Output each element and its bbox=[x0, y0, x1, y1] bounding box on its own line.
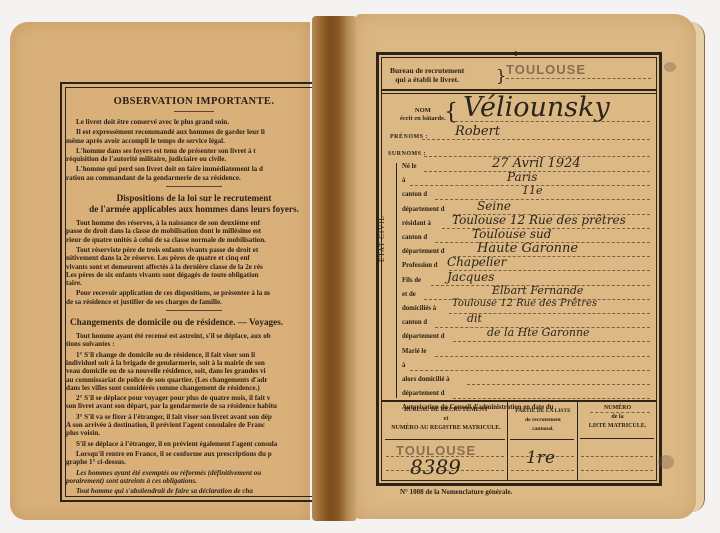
booklet-spine bbox=[312, 16, 357, 521]
field-label: canton d bbox=[402, 191, 427, 198]
prenoms-value: Robert bbox=[455, 124, 500, 139]
paragraph: Pour recevoir application de ces disposi… bbox=[66, 289, 322, 306]
paragraph: Lorsqu'il rentre en France, il se confor… bbox=[66, 450, 322, 467]
rule bbox=[511, 470, 574, 471]
paragraph: Tout homme des réserves, à la naissance … bbox=[66, 219, 322, 244]
field-label: Profession d bbox=[402, 262, 438, 269]
section2-paragraphs: Tout homme ayant été recensé est astrein… bbox=[66, 332, 322, 466]
rule bbox=[422, 139, 650, 140]
observation-title: OBSERVATION IMPORTANTE. bbox=[66, 96, 322, 107]
paragraph: L'homme qui perd son livret doit en fair… bbox=[66, 165, 322, 182]
nom-value: Véliounsky bbox=[463, 92, 610, 123]
bureau-label: Bureau de recrutement qui a établi le li… bbox=[390, 66, 464, 84]
table-header-divider bbox=[385, 439, 505, 440]
table-top-border bbox=[381, 400, 657, 402]
paragraph: Tout réserviste père de trois enfants vi… bbox=[66, 246, 322, 287]
paragraph: 3° S'il va se fixer à l'étranger, il fai… bbox=[66, 413, 322, 438]
table-col-divider bbox=[507, 402, 508, 481]
field-label: canton d bbox=[402, 234, 427, 241]
divider bbox=[166, 186, 222, 187]
etat-civil-bracket bbox=[396, 163, 397, 398]
field-label: département d bbox=[402, 248, 444, 255]
field-value: 27 Avril 1924 bbox=[492, 156, 581, 171]
paragraph: S'il se déplace à l'étranger, il en prév… bbox=[66, 440, 322, 448]
page-mark: 1 bbox=[514, 50, 518, 58]
field-label: à bbox=[402, 177, 405, 184]
table-header-partie: PARTIE DE LA LISTE de recrutement canton… bbox=[509, 407, 577, 434]
field-label: domiciliés à bbox=[402, 305, 436, 312]
matricule-number: 8389 bbox=[410, 455, 461, 479]
field-value: Haute Garonne bbox=[477, 241, 578, 256]
field-value: de la Hte Garonne bbox=[487, 326, 590, 339]
table-header-numero: NUMÉRO de la LISTE MATRICULE. bbox=[579, 404, 656, 431]
section1-title: Dispositions de la loi sur le recrutemen… bbox=[66, 193, 322, 215]
bureau-stamp: TOULOUSE bbox=[506, 62, 586, 77]
field-value: Toulouse sud bbox=[472, 227, 551, 241]
paragraph: 1° S'il change de domicile ou de résiden… bbox=[66, 351, 322, 392]
header-divider bbox=[381, 89, 657, 91]
section1-paragraphs: Tout homme des réserves, à la naissance … bbox=[66, 219, 322, 306]
field-value: Elbart Fernande bbox=[492, 284, 583, 297]
rule bbox=[506, 78, 651, 79]
field-label: département d bbox=[402, 333, 444, 340]
table-header-divider bbox=[510, 439, 574, 440]
field-rule bbox=[410, 370, 650, 371]
field-label: et de bbox=[402, 291, 416, 298]
paragraph: L'homme dans ses foyers est tenu de prés… bbox=[66, 147, 322, 164]
field-label: canton d bbox=[402, 319, 427, 326]
italic-notes: Les hommes ayant été exemptés ou réformé… bbox=[66, 469, 322, 497]
field-rule bbox=[435, 356, 650, 357]
paragraph: Il est expressément recommandé aux homme… bbox=[66, 128, 322, 145]
divider bbox=[174, 111, 214, 112]
field-value: Toulouse 12 Rue des Prêtres bbox=[452, 298, 597, 309]
field-label: Marié le bbox=[402, 348, 426, 355]
left-page-text: OBSERVATION IMPORTANTE. Le livret doit ê… bbox=[66, 88, 322, 496]
field-label: Fils de bbox=[402, 277, 421, 284]
field-label: alors domicilié à bbox=[402, 376, 450, 383]
field-label: résidant à bbox=[402, 220, 431, 227]
table-header-bureau: BUREAU DE RECRUTEMENT et NUMÉRO AU REGIS… bbox=[386, 406, 506, 433]
rule bbox=[455, 121, 650, 122]
field-value: 11e bbox=[522, 184, 543, 197]
field-value: Chapelier bbox=[447, 255, 506, 269]
field-value: Toulouse 12 Rue des prêtres bbox=[452, 213, 626, 227]
table-col-divider bbox=[577, 402, 578, 481]
field-value: Paris bbox=[507, 170, 537, 184]
field-label: à bbox=[402, 362, 405, 369]
field-label: département d bbox=[402, 206, 444, 213]
divider bbox=[166, 310, 222, 311]
field-label: Né le bbox=[402, 163, 417, 170]
field-label: département d bbox=[402, 390, 444, 397]
rule bbox=[581, 456, 653, 457]
field-rule bbox=[453, 341, 650, 342]
nom-label: NOM écrit en bâtarde. bbox=[400, 107, 446, 123]
italic-note: Les hommes ayant été exemptés ou réformé… bbox=[66, 469, 322, 486]
table-header-divider bbox=[580, 438, 654, 439]
paragraph: Tout homme ayant été recensé est astrein… bbox=[66, 332, 322, 349]
field-rule bbox=[467, 384, 650, 385]
surnoms-label: SURNOMS : bbox=[388, 151, 426, 157]
rule bbox=[581, 470, 653, 471]
brace: } bbox=[496, 66, 506, 85]
nomenclature-footer: N° 1008 de la Nomenclature générale. bbox=[400, 488, 512, 496]
field-value: dit bbox=[467, 312, 482, 325]
field-value: Jacques bbox=[447, 270, 494, 284]
paragraph: 2° S'il se déplace pour voyager pour plu… bbox=[66, 394, 322, 411]
etat-civil-label: ÉTAT CIVIL bbox=[378, 215, 386, 262]
partie-value: 1re bbox=[526, 448, 555, 468]
italic-note: Tout homme qui s'abstiendrait de faire s… bbox=[66, 487, 322, 496]
field-rule bbox=[435, 199, 650, 200]
intro-paragraphs: Le livret doit être conservé avec le plu… bbox=[66, 118, 322, 182]
stain bbox=[658, 455, 674, 469]
field-value: Seine bbox=[477, 199, 511, 213]
stain bbox=[664, 62, 676, 72]
section2-title: Changements de domicile ou de résidence.… bbox=[70, 317, 322, 328]
paragraph: Le livret doit être conservé avec le plu… bbox=[66, 118, 322, 126]
